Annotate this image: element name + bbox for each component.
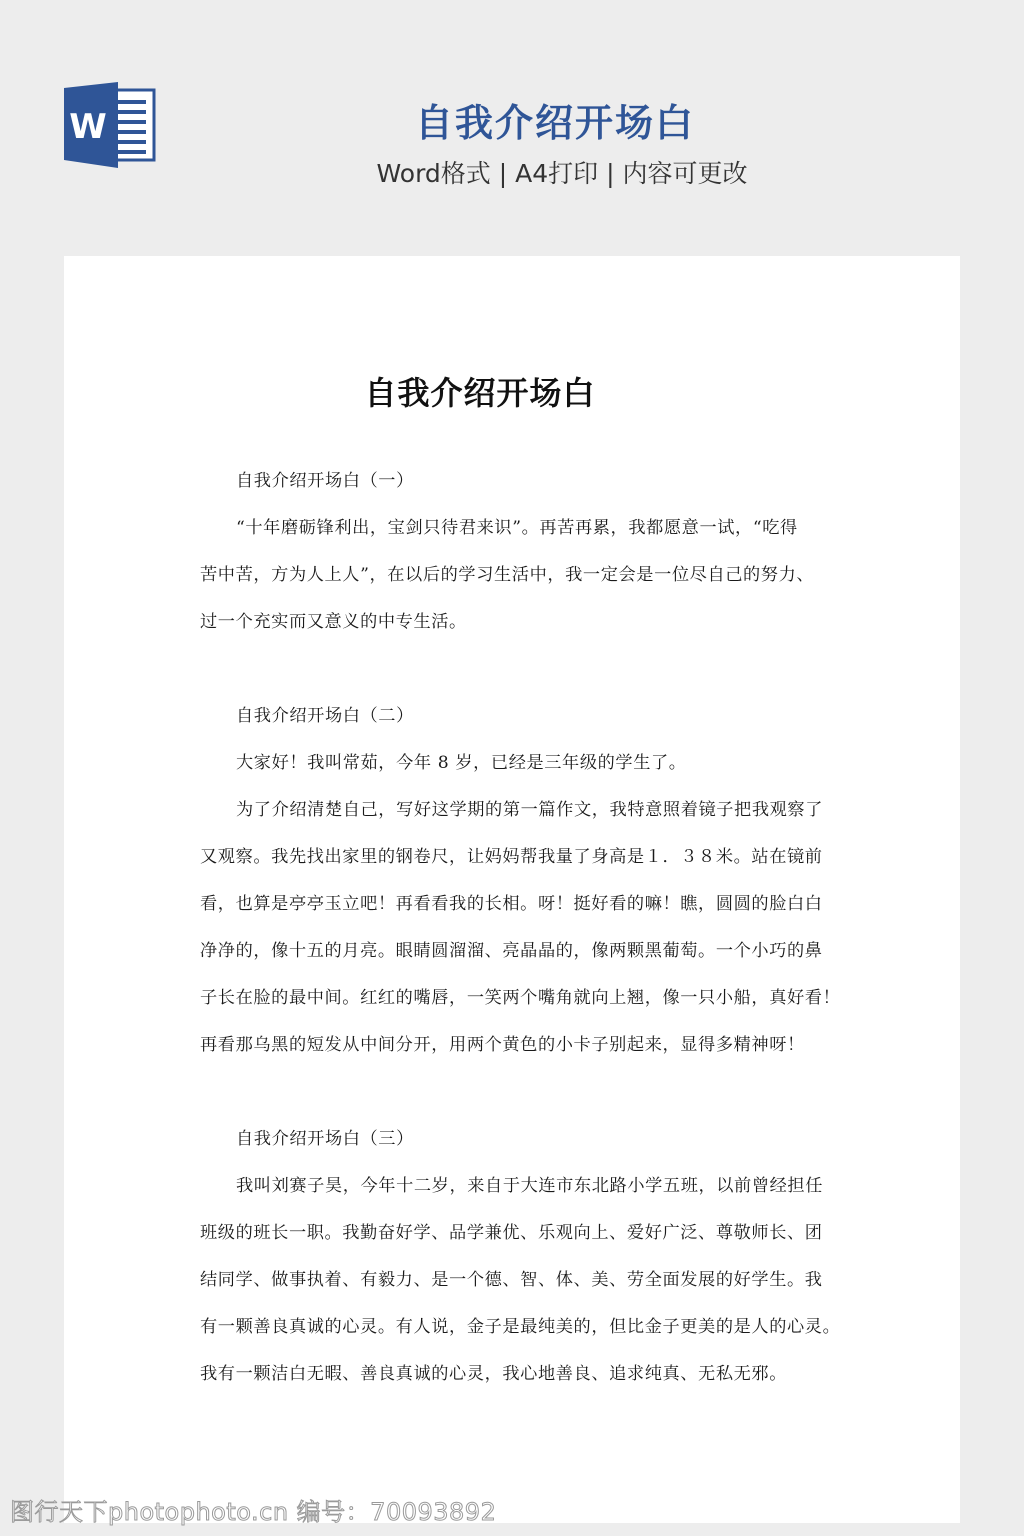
paragraph-line: 为了介绍清楚自己，写好这学期的第一篇作文，我特意照着镜子把我观察了 xyxy=(236,799,866,821)
banner-subtitle: Word格式 | A4打印 | 内容可更改 xyxy=(0,154,1024,190)
paragraph-line: 结同学、做事执着、有毅力、是一个德、智、体、美、劳全面发展的好学生。我 xyxy=(200,1269,830,1291)
paragraph-line: 苦中苦，方为人上人”，在以后的学习生活中，我一定会是一位尽自己的努力、 xyxy=(200,564,830,586)
watermark: 图行天下photophoto.cn 编号：70093892 xyxy=(10,1492,496,1527)
section-heading: 自我介绍开场白（三） xyxy=(236,1128,866,1150)
document-title: 自我介绍开场白 xyxy=(0,368,960,414)
paragraph-line: 又观察。我先找出家里的钢卷尺，让妈妈帮我量了身高是１．３８米。站在镜前 xyxy=(200,846,830,868)
banner-title: 自我介绍开场白 xyxy=(0,92,1024,147)
paragraph-line: 过一个充实而又意义的中专生活。 xyxy=(200,611,830,633)
paragraph-line: 我有一颗洁白无暇、善良真诚的心灵，我心地善良、追求纯真、无私无邪。 xyxy=(200,1363,830,1385)
paragraph-line: 净净的，像十五的月亮。眼睛圆溜溜、亮晶晶的，像两颗黑葡萄。一个小巧的鼻 xyxy=(200,940,830,962)
paragraph-line: 班级的班长一职。我勤奋好学、品学兼优、乐观向上、爱好广泛、尊敬师长、团 xyxy=(200,1222,830,1244)
paragraph-line: 再看那乌黑的短发从中间分开，用两个黄色的小卡子别起来，显得多精神呀！ xyxy=(200,1034,830,1056)
banner: W 自我介绍开场白 Word格式 | A4打印 | 内容可更改 xyxy=(0,0,1024,256)
paragraph-line: 子长在脸的最中间。红红的嘴唇，一笑两个嘴角就向上翘，像一只小船，真好看！ xyxy=(200,987,830,1009)
paragraph-line: 看，也算是亭亭玉立吧！再看看我的长相。呀！挺好看的嘛！瞧，圆圆的脸白白 xyxy=(200,893,830,915)
paragraph-line: 我叫刘赛子昊，今年十二岁，来自于大连市东北路小学五班，以前曾经担任 xyxy=(236,1175,866,1197)
section-heading: 自我介绍开场白（二） xyxy=(236,705,866,727)
section-heading: 自我介绍开场白（一） xyxy=(236,470,866,492)
paragraph-line: “十年磨砺锋利出，宝剑只待君来识”。再苦再累，我都愿意一试，“吃得 xyxy=(236,517,866,539)
paragraph-line: 大家好！我叫常茹，今年 8 岁，已经是三年级的学生了。 xyxy=(236,752,866,774)
paragraph-line: 有一颗善良真诚的心灵。有人说，金子是最纯美的，但比金子更美的是人的心灵。 xyxy=(200,1316,830,1338)
